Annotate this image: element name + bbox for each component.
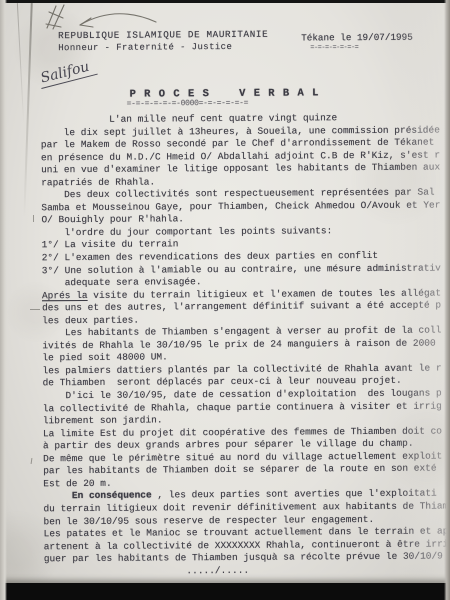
place-date-underline: =-=-=-=-=-=-= xyxy=(310,44,358,52)
document-line: ...../..... xyxy=(44,563,448,578)
document-title-underline: =-=-=-=-=-=-0000=-=-=-=-=-= xyxy=(127,99,249,109)
margin-mark xyxy=(33,215,34,222)
scan-border-left xyxy=(0,0,7,600)
scan-border-right xyxy=(444,0,450,600)
scanned-document: REPUBLIQUE ISLAMIQUE DE MAURITANIE Honne… xyxy=(0,0,450,600)
scan-border-top xyxy=(0,0,450,3)
document-page: REPUBLIQUE ISLAMIQUE DE MAURITANIE Honne… xyxy=(0,0,450,600)
pen-scribble-marks xyxy=(34,2,164,44)
handwritten-signature: Salifou xyxy=(37,57,97,89)
margin-mark xyxy=(30,309,40,310)
place-date: Tékane le 19/07/1995 xyxy=(301,32,413,44)
scan-border-bottom xyxy=(0,583,450,600)
document-body: L'an mille neuf cent quatre vingt quinze… xyxy=(41,111,448,578)
